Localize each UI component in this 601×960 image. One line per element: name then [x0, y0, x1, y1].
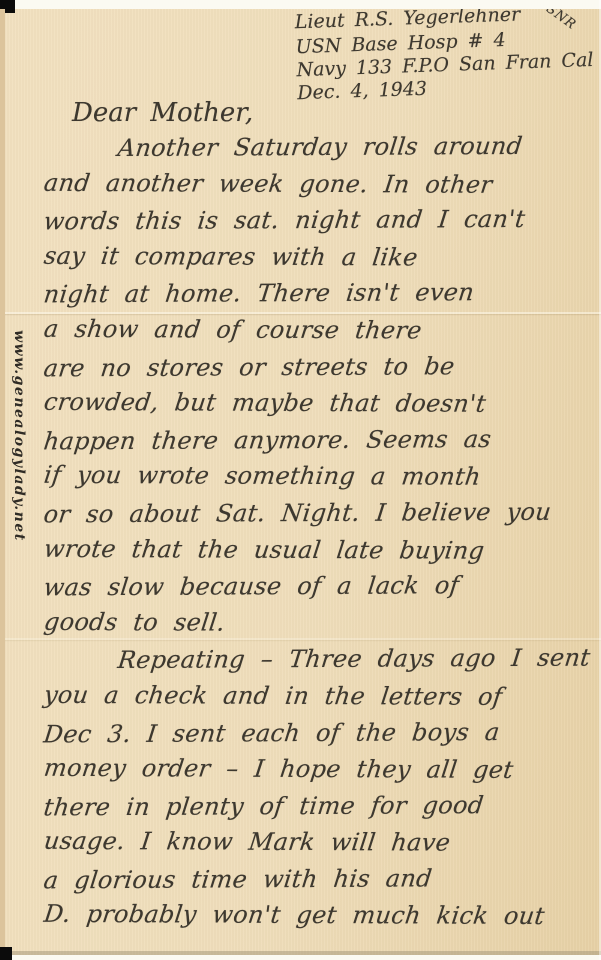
handwritten-line: a show and of course there — [42, 311, 591, 350]
handwritten-line: if you wrote something a month — [42, 457, 591, 496]
handwritten-line: goods to sell. — [42, 604, 591, 643]
scan-edge-left — [0, 9, 5, 960]
handwritten-line: you a check and in the letters of — [42, 677, 591, 716]
handwritten-line: there in plenty of time for good — [42, 786, 592, 825]
handwritten-line: night at home. There isn't even — [42, 274, 592, 313]
handwritten-line: a glorious time with his and — [42, 859, 592, 898]
handwritten-line: Dec 3. I sent each of the boys a — [42, 713, 592, 752]
handwritten-line: money order – I hope they all get — [42, 750, 591, 789]
handwritten-line: D. probably won't get much kick out — [42, 896, 591, 935]
handwritten-line: Another Saturday rolls around — [42, 128, 592, 167]
letter-body: Another Saturday rolls aroundand another… — [0, 129, 601, 934]
handwritten-line: say it compares with a like — [42, 238, 591, 277]
scan-edge-bottom — [0, 955, 601, 960]
salutation: Dear Mother, — [72, 98, 253, 128]
handwritten-line: crowded, but maybe that doesn't — [42, 384, 591, 423]
handwritten-line: and another week gone. In other — [42, 164, 591, 203]
handwritten-line: or so about Sat. Night. I believe you — [42, 494, 592, 533]
scan-corner-bottom-left — [0, 947, 12, 960]
handwritten-line: usage. I know Mark will have — [42, 823, 591, 862]
handwritten-line: words this is sat. night and I can't — [42, 201, 592, 240]
handwritten-line: Repeating – Three days ago I sent — [42, 640, 592, 679]
scanned-letter-page: www.genealogylady.net Lieut R.S. Yegerle… — [0, 0, 601, 960]
sender-address-block: Lieut R.S. Yegerlehner USNR USN Base Hos… — [294, 1, 597, 105]
handwritten-line: was slow because of a lack of — [42, 567, 592, 606]
scan-edge-top — [0, 0, 601, 9]
handwritten-line: wrote that the usual late buying — [42, 530, 591, 569]
handwritten-line: are no stores or streets to be — [42, 347, 592, 386]
handwritten-line: happen there anymore. Seems as — [42, 420, 592, 459]
